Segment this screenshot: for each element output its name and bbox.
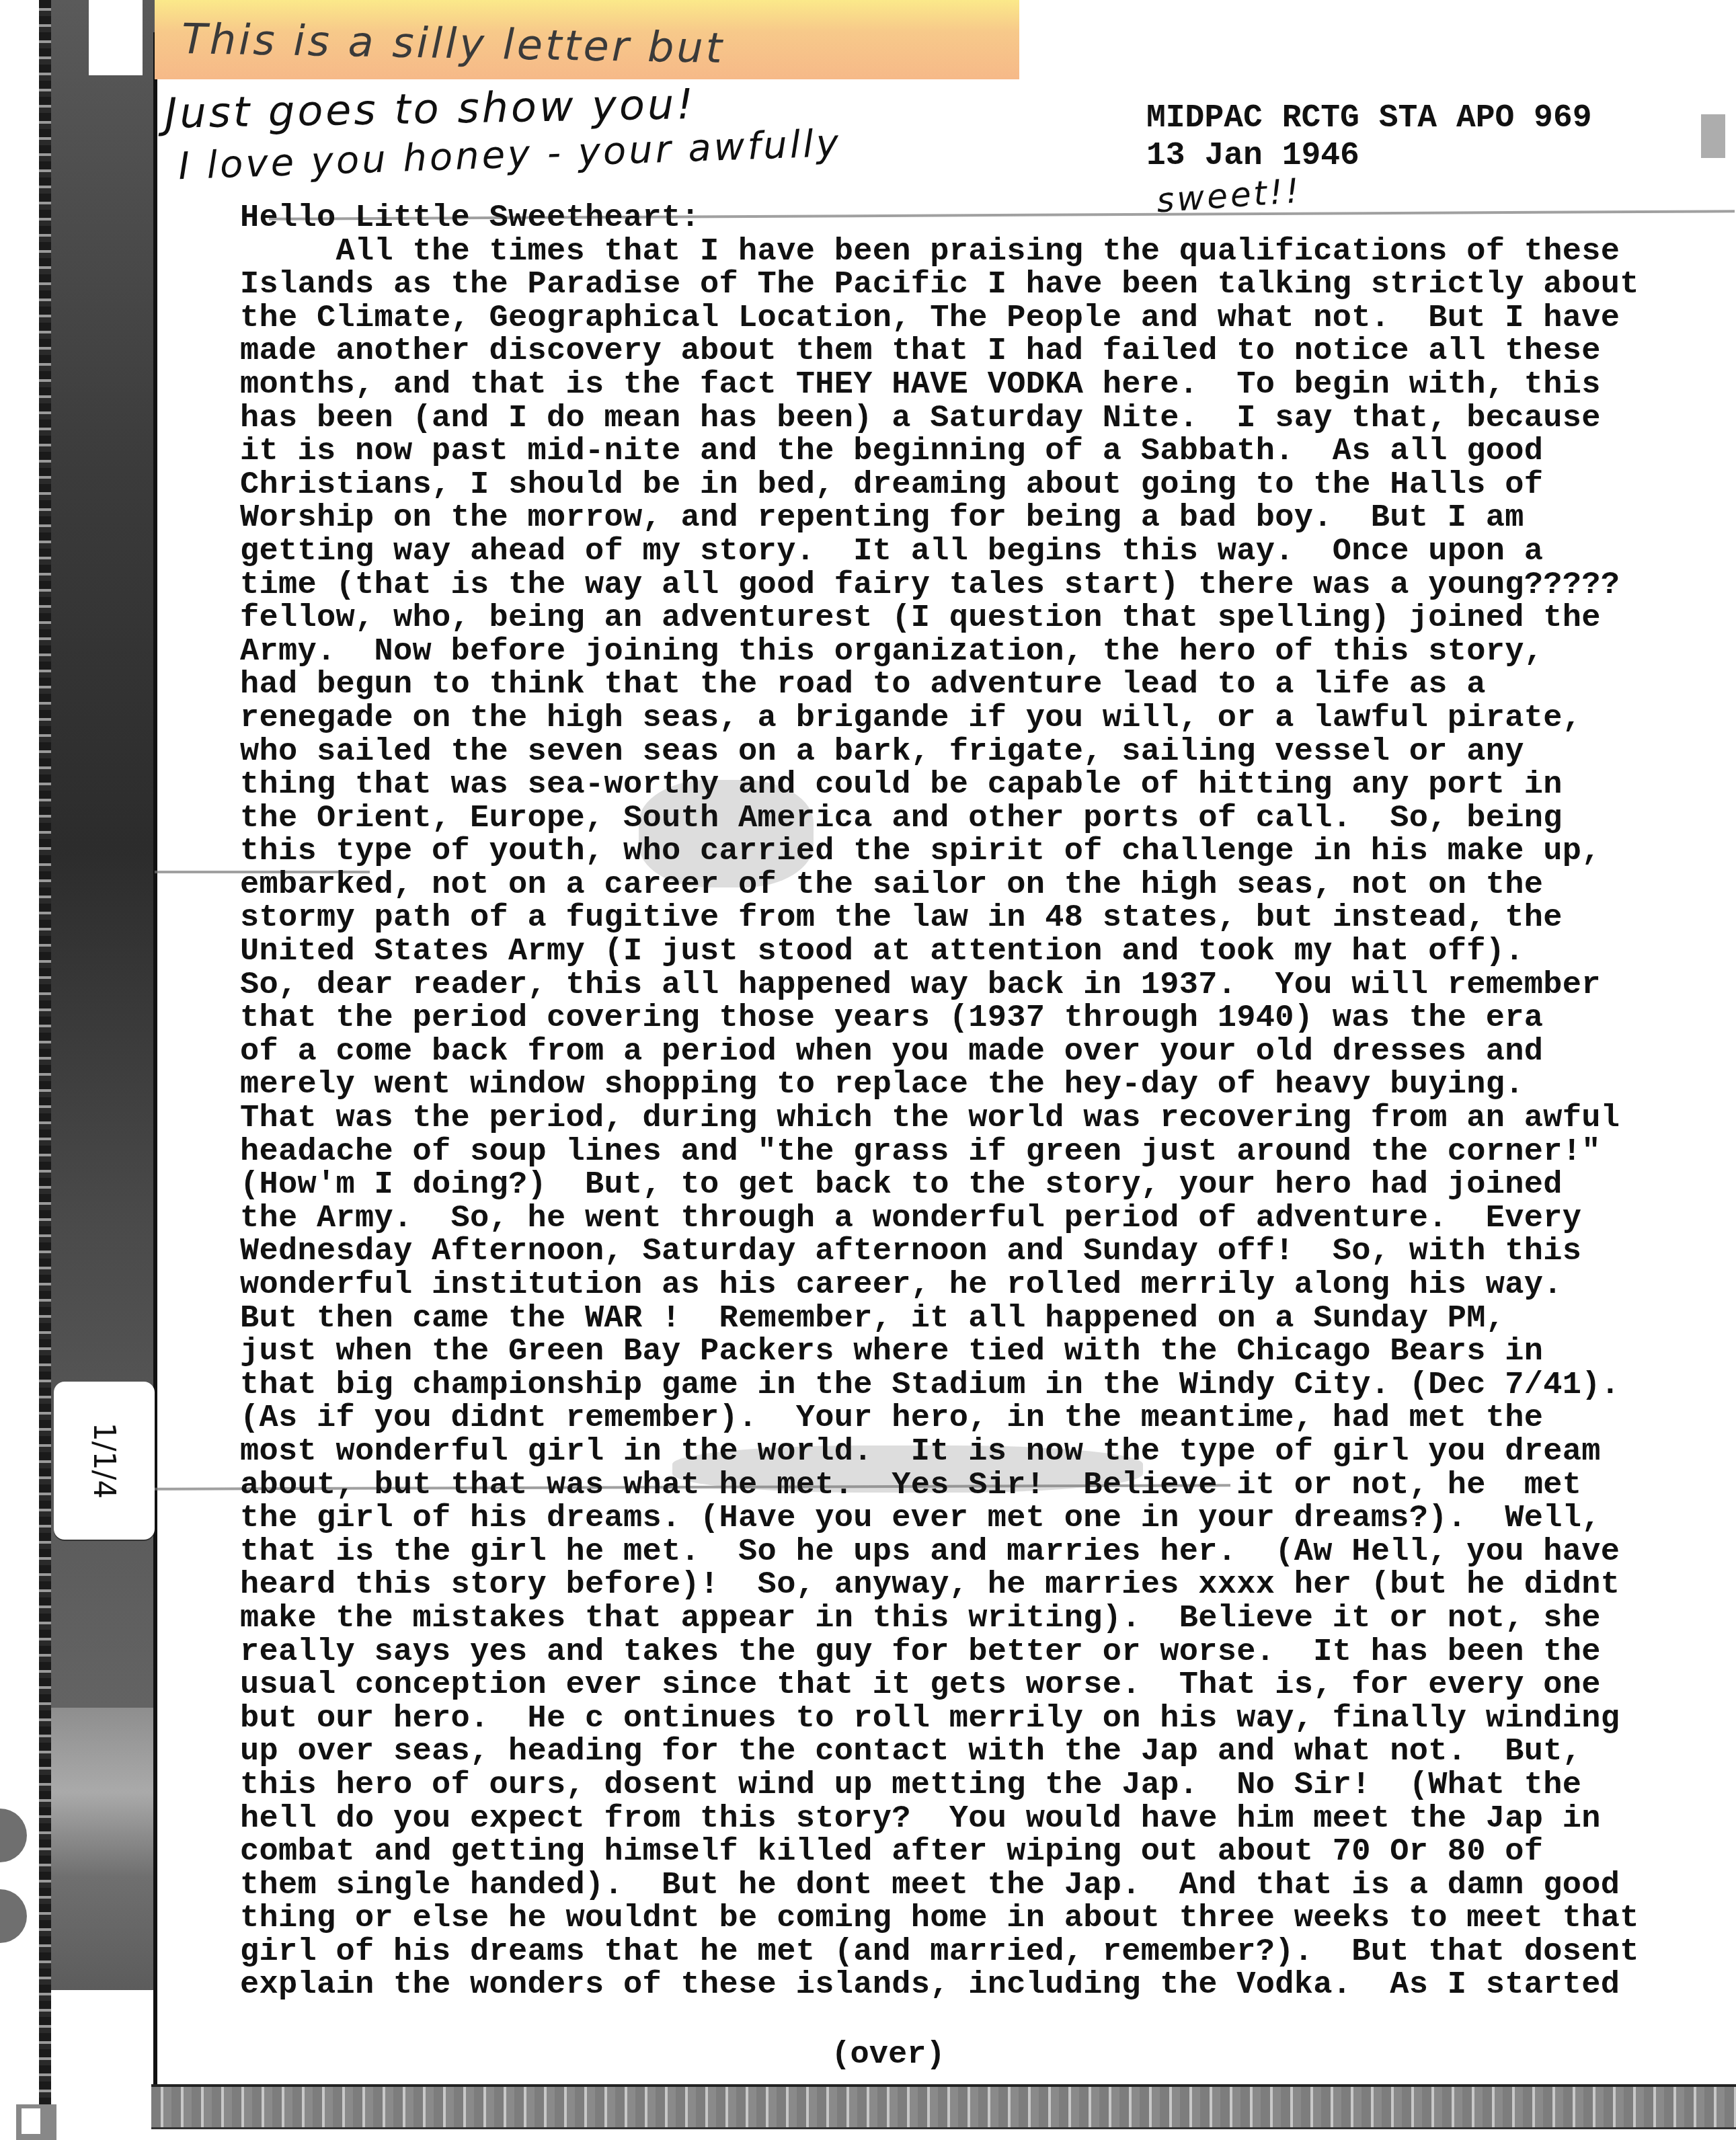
letter-line: that is the girl he met. So he ups and m…	[240, 1536, 1726, 1569]
binder-spine	[51, 0, 156, 1883]
body-paragraph: All the times that I have been praising …	[240, 235, 1726, 2002]
letter-line: embarked, not on a career of the sailor …	[240, 869, 1726, 902]
binder-ring	[0, 1809, 27, 1862]
letter-line: really says yes and takes the guy for be…	[240, 1636, 1726, 1669]
margin-date-tab: 1/1/4	[54, 1382, 155, 1540]
letter-line: wonderful institution as his career, he …	[240, 1269, 1726, 1302]
letter-line: So, dear reader, this all happened way b…	[240, 969, 1726, 1002]
letter-line: (How'm I doing?) But, to get back to the…	[240, 1168, 1726, 1202]
letter-line: them single handed). But he dont meet th…	[240, 1869, 1726, 1903]
letter-line: hell do you expect from this story? You …	[240, 1802, 1726, 1836]
letter-line: time (that is the way all good fairy tal…	[240, 569, 1726, 602]
spine-notch	[89, 0, 143, 75]
letter-line: of a come back from a period when you ma…	[240, 1035, 1726, 1069]
binder-spine-lower	[51, 1708, 156, 1990]
margin-date-label: 1/1/4	[87, 1423, 121, 1499]
letter-line: thing or else he wouldnt be coming home …	[240, 1902, 1726, 1936]
letter-line: had begun to think that the road to adve…	[240, 668, 1726, 702]
letter-line: it is now past mid-nite and the beginnin…	[240, 435, 1726, 469]
letter-line: make the mistakes that appear in this wr…	[240, 1602, 1726, 1636]
letter-line: Islands as the Paradise of The Pacific I…	[240, 268, 1726, 302]
binder-ring	[0, 1889, 27, 1943]
letter-line: (As if you didnt remember). Your hero, i…	[240, 1402, 1726, 1435]
sticky-note-text: This is a silly letter but	[181, 14, 725, 73]
letter-line: explain the wonders of these islands, in…	[240, 1969, 1726, 2002]
page-footer-over: (over)	[0, 2037, 1736, 2073]
letter-line: the Army. So, he went through a wonderfu…	[240, 1202, 1726, 1236]
letter-line: United States Army (I just stood at atte…	[240, 935, 1726, 969]
letter-line: who sailed the seven seas on a bark, fri…	[240, 736, 1726, 769]
letter-line: this hero of ours, dosent wind up mettin…	[240, 1769, 1726, 1802]
binder-spiral	[39, 0, 51, 2118]
letter-line: thing that was sea-worthy and could be c…	[240, 768, 1726, 802]
letter-line: has been (and I do mean has been) a Satu…	[240, 402, 1726, 436]
letter-line: But then came the WAR ! Remember, it all…	[240, 1302, 1726, 1336]
letter-line: most wonderful girl in the world. It is …	[240, 1435, 1726, 1469]
letter-date: 13 Jan 1946	[1146, 137, 1592, 175]
letter-line: Army. Now before joining this organizati…	[240, 635, 1726, 669]
bottom-binding-strip	[151, 2084, 1736, 2129]
letter-line: the Climate, Geographical Location, The …	[240, 302, 1726, 335]
letter-line: up over seas, heading for the contact wi…	[240, 1735, 1726, 1769]
scan-smudge	[1701, 114, 1725, 158]
letter-line: renegade on the high seas, a brigande if…	[240, 702, 1726, 736]
page-edge	[153, 32, 157, 2116]
letter-line: the girl of his dreams. (Have you ever m…	[240, 1502, 1726, 1536]
letter-line: months, and that is the fact THEY HAVE V…	[240, 368, 1726, 402]
letter-line: heard this story before)! So, anyway, he…	[240, 1569, 1726, 1602]
salutation: Hello Little Sweetheart:	[240, 202, 1726, 235]
letter-line: Worship on the morrow, and repenting for…	[240, 502, 1726, 535]
letter-line: the Orient, Europe, South America and ot…	[240, 802, 1726, 836]
sender-address: MIDPAC RCTG STA APO 969	[1146, 100, 1592, 137]
letter-line: fellow, who, being an adventurest (I que…	[240, 602, 1726, 635]
letter-line: usual conception ever since that it gets…	[240, 1669, 1726, 1702]
letter-line: this type of youth, who carried the spir…	[240, 835, 1726, 869]
letter-line: Wednesday Afternoon, Saturday afternoon …	[240, 1235, 1726, 1269]
letter-line: just when the Green Bay Packers where ti…	[240, 1335, 1726, 1369]
letter-line: All the times that I have been praising …	[240, 235, 1726, 269]
letter-line: combat and getting himself killed after …	[240, 1835, 1726, 1869]
bottom-corner-clip	[16, 2104, 56, 2140]
letter-line: That was the period, during which the wo…	[240, 1102, 1726, 1136]
letter-line: Christians, I should be in bed, dreaming…	[240, 469, 1726, 502]
letter-line: merely went window shopping to replace t…	[240, 1068, 1726, 1102]
letter-line: that the period covering those years (19…	[240, 1002, 1726, 1035]
letter-line: about, but that was what he met. Yes Sir…	[240, 1469, 1726, 1503]
letter-line: but our hero. He c ontinues to roll merr…	[240, 1702, 1726, 1736]
letter-body: Hello Little Sweetheart: All the times t…	[240, 202, 1726, 2002]
letter-header: MIDPAC RCTG STA APO 969 13 Jan 1946	[1146, 100, 1592, 175]
letter-line: that big championship game in the Stadiu…	[240, 1369, 1726, 1402]
letter-line: getting way ahead of my story. It all be…	[240, 535, 1726, 569]
letter-line: headache of soup lines and "the grass if…	[240, 1136, 1726, 1169]
letter-line: girl of his dreams that he met (and marr…	[240, 1936, 1726, 1969]
letter-line: made another discovery about them that I…	[240, 335, 1726, 368]
letter-line: stormy path of a fugitive from the law i…	[240, 902, 1726, 935]
